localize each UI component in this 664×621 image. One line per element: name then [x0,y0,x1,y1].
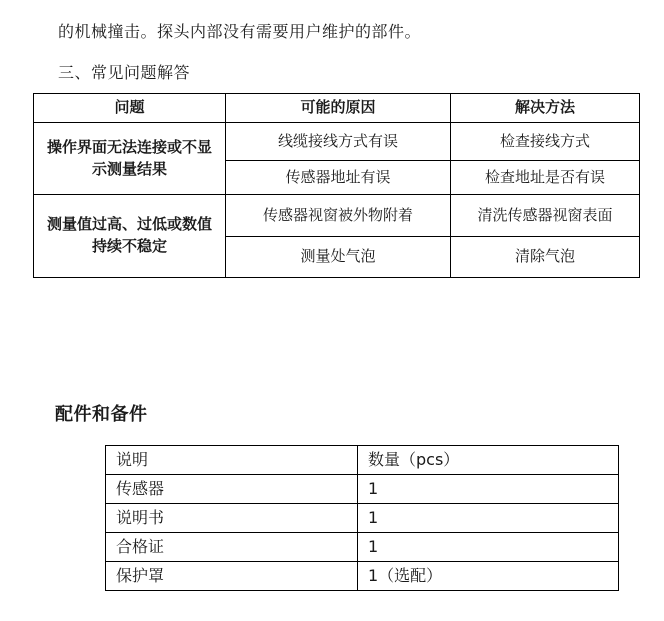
accessories-heading: 配件和备件 [55,400,148,426]
accessory-qty-cell: 1 [358,533,619,562]
faq-solution-cell: 检查地址是否有误 [451,161,640,195]
faq-cause-cell: 线缆接线方式有误 [226,123,451,161]
faq-solution-cell: 检查接线方式 [451,123,640,161]
faq-table: 问题 可能的原因 解决方法 操作界面无法连接或不显示测量结果 线缆接线方式有误 … [33,93,640,278]
faq-solution-cell: 清除气泡 [451,237,640,278]
accessory-qty-cell: 1（选配） [358,562,619,591]
faq-problem-connection: 操作界面无法连接或不显示测量结果 [34,123,226,195]
table-row: 操作界面无法连接或不显示测量结果 线缆接线方式有误 检查接线方式 [34,123,640,161]
accessories-table: 说明 数量（pcs） 传感器 1 说明书 1 合格证 1 保护罩 1（选配） [105,445,619,591]
faq-cause-cell: 传感器地址有误 [226,161,451,195]
accessories-header-quantity: 数量（pcs） [358,446,619,475]
table-row: 测量值过高、过低或数值持续不稳定 传感器视窗被外物附着 清洗传感器视窗表面 [34,195,640,237]
faq-problem-measurement: 测量值过高、过低或数值持续不稳定 [34,195,226,278]
faq-header-problem: 问题 [34,94,226,123]
accessory-name-cell: 说明书 [106,504,358,533]
faq-cause-cell: 测量处气泡 [226,237,451,278]
accessories-header-description: 说明 [106,446,358,475]
accessory-qty-cell: 1 [358,504,619,533]
table-row: 说明书 1 [106,504,619,533]
body-paragraph: 的机械撞击。探头内部没有需要用户维护的部件。 [58,19,421,42]
accessory-name-cell: 传感器 [106,475,358,504]
accessory-name-cell: 保护罩 [106,562,358,591]
table-row: 保护罩 1（选配） [106,562,619,591]
accessory-qty-cell: 1 [358,475,619,504]
faq-header-row: 问题 可能的原因 解决方法 [34,94,640,123]
faq-section-heading: 三、常见问题解答 [58,60,190,83]
accessories-header-row: 说明 数量（pcs） [106,446,619,475]
faq-header-solution: 解决方法 [451,94,640,123]
table-row: 合格证 1 [106,533,619,562]
faq-solution-cell: 清洗传感器视窗表面 [451,195,640,237]
faq-cause-cell: 传感器视窗被外物附着 [226,195,451,237]
faq-header-cause: 可能的原因 [226,94,451,123]
accessory-name-cell: 合格证 [106,533,358,562]
table-row: 传感器 1 [106,475,619,504]
